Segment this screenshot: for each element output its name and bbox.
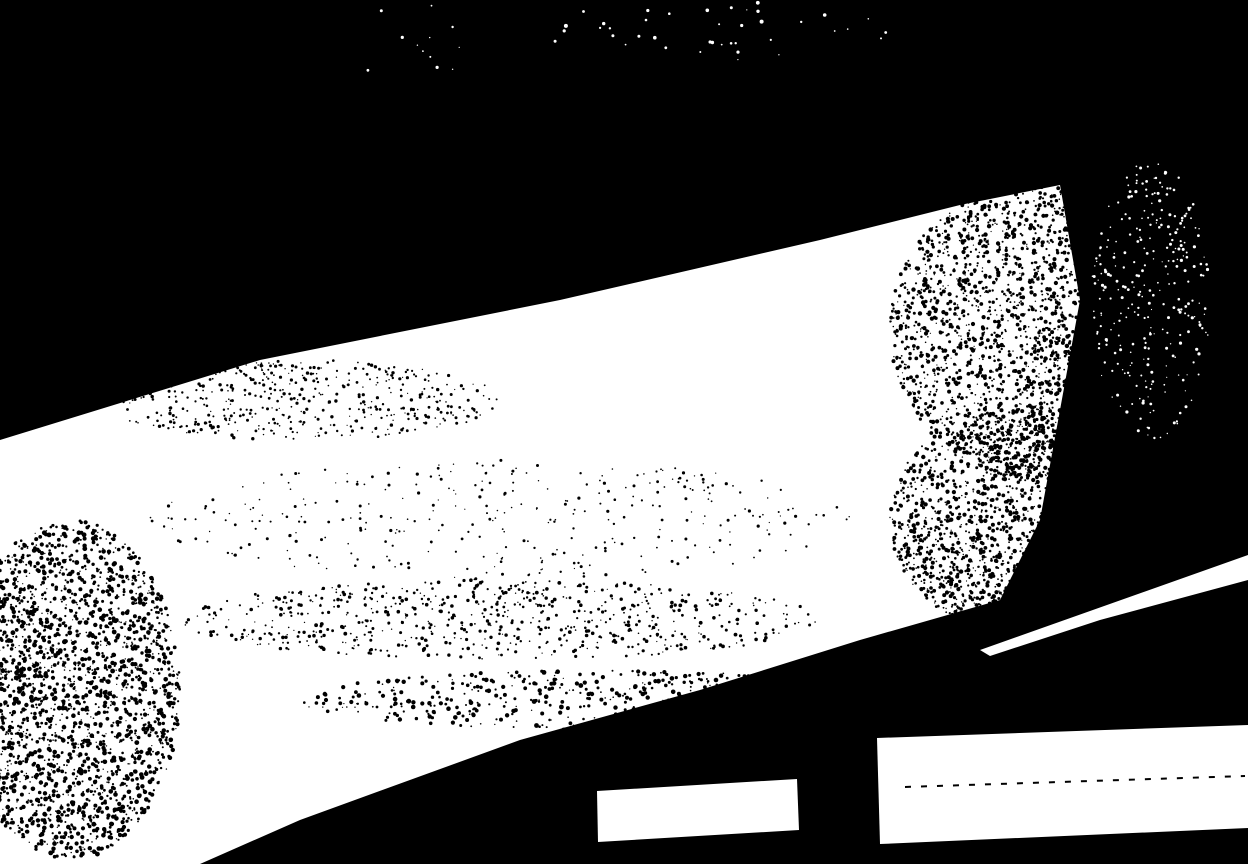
white-block-large (877, 725, 1248, 844)
binarized-photo (0, 0, 1248, 864)
